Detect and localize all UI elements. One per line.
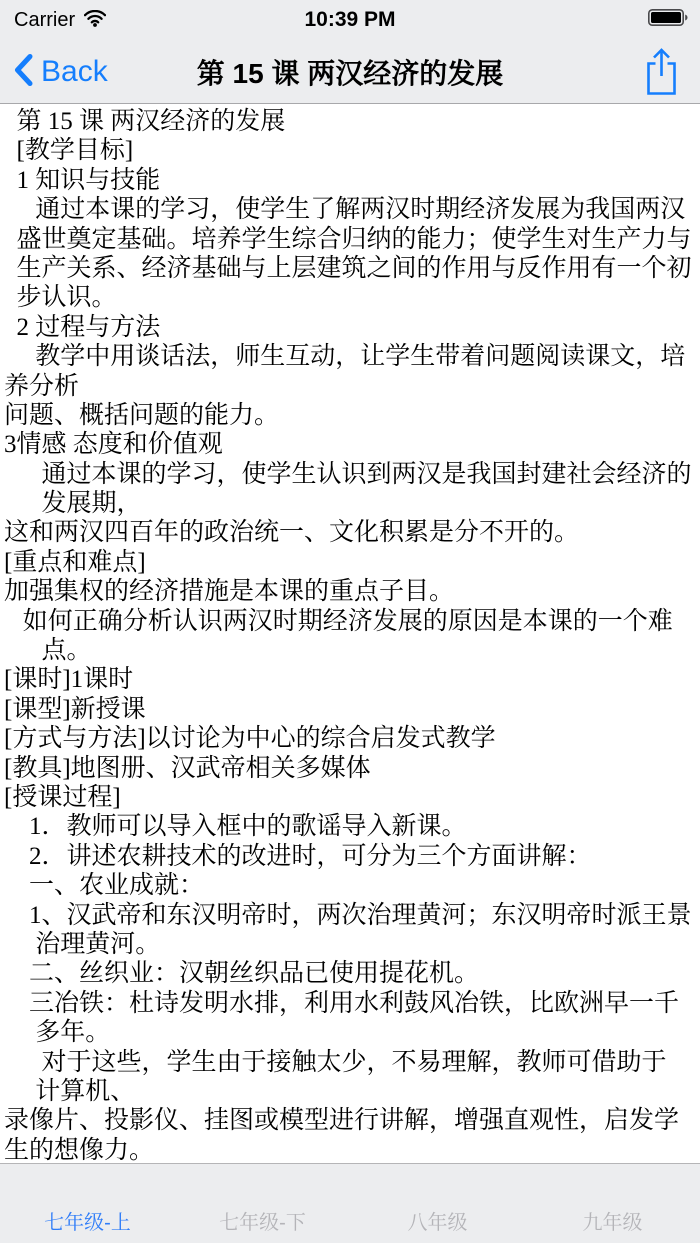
document-text-area[interactable]: 第 15 课 两汉经济的发展 [教学目标] 1 知识与技能 通过本课的学习，使学… [0, 104, 700, 1163]
share-icon [645, 83, 678, 100]
content-line: 录像片、投影仪、挂图或模型进行讲解，增强直观性，启发学 [4, 1106, 700, 1135]
tab-bar: 七年级-上七年级-下八年级九年级 [0, 1163, 700, 1243]
status-clock: 10:39 PM [0, 8, 700, 32]
tab-grade9[interactable]: 九年级 [525, 1164, 700, 1243]
content-line: [重点和难点] [4, 548, 700, 577]
content-line: 多年。 [4, 1018, 700, 1047]
content-line: 对于这些，学生由于接触太少，不易理解，教师可借助于 [4, 1048, 700, 1077]
content-line: 步认识。 [4, 283, 700, 312]
content-line: 发展期， [4, 489, 700, 518]
content-line: 计算机、 [4, 1077, 700, 1106]
content-line: 盛世奠定基础。培养学生综合归纳的能力；使学生对生产力与 [4, 225, 700, 254]
content-line: 通过本课的学习，使学生了解两汉时期经济发展为我国两汉 [4, 195, 700, 224]
content-line: 治理黄河。 [4, 930, 700, 959]
tab-grade7-vol2[interactable]: 七年级-下 [175, 1164, 350, 1243]
content-line: 养分析 [4, 372, 700, 401]
content-line: 这和两汉四百年的政治统一、文化积累是分不开的。 [4, 518, 700, 547]
back-chevron-icon [14, 54, 33, 91]
content-line: 二、丝织业：汉朝丝织品已使用提花机。 [4, 959, 700, 988]
nav-bar: 第 15 课 两汉经济的发展 Back [0, 40, 700, 104]
content-line: 1 知识与技能 [4, 166, 700, 195]
content-line: 教学中用谈话法，师生互动，让学生带着问题阅读课文，培 [4, 342, 700, 371]
content-line: 1、汉武帝和东汉明帝时，两次治理黄河；东汉明帝时派王景 [4, 901, 700, 930]
content-line: [教学目标] [4, 136, 700, 165]
content-line: 如何正确分析认识两汉时期经济发展的原因是本课的一个难 [4, 607, 700, 636]
content-line: 生产关系、经济基础与上层建筑之间的作用与反作用有一个初 [4, 254, 700, 283]
content-line: [授课过程] [4, 783, 700, 812]
back-button-label: Back [41, 55, 108, 89]
content-line: 1．教师可以导入框中的歌谣导入新课。 [4, 812, 700, 841]
content-line: 问题、概括问题的能力。 [4, 401, 700, 430]
content-line: 2．讲述农耕技术的改进时，可分为三个方面讲解： [4, 842, 700, 871]
content-line: [课时]1课时 [4, 665, 700, 694]
content-line: [方式与方法]以讨论为中心的综合启发式教学 [4, 724, 700, 753]
content-line: 第 15 课 两汉经济的发展 [4, 107, 700, 136]
content-line: [课型]新授课 [4, 695, 700, 724]
content-line: 一、农业成就： [4, 871, 700, 900]
content-line: [教具]地图册、汉武帝相关多媒体 [4, 754, 700, 783]
content-line: 点。 [4, 636, 700, 665]
tab-grade7-vol1[interactable]: 七年级-上 [0, 1164, 175, 1243]
content-line: 加强集权的经济措施是本课的重点子目。 [4, 577, 700, 606]
content-line: 生的想像力。 [4, 1136, 700, 1163]
back-button[interactable]: Back [14, 52, 108, 91]
share-button[interactable] [645, 48, 678, 101]
battery-icon [648, 9, 688, 31]
content-line: 通过本课的学习，使学生认识到两汉是我国封建社会经济的 [4, 460, 700, 489]
tab-grade8[interactable]: 八年级 [350, 1164, 525, 1243]
content-line: 2 过程与方法 [4, 313, 700, 342]
content-line: 3情感 态度和价值观 [4, 430, 700, 459]
status-bar: Carrier 10:39 PM [0, 0, 700, 40]
content-line: 三冶铁：杜诗发明水排，利用水利鼓风冶铁，比欧洲早一千 [4, 989, 700, 1018]
